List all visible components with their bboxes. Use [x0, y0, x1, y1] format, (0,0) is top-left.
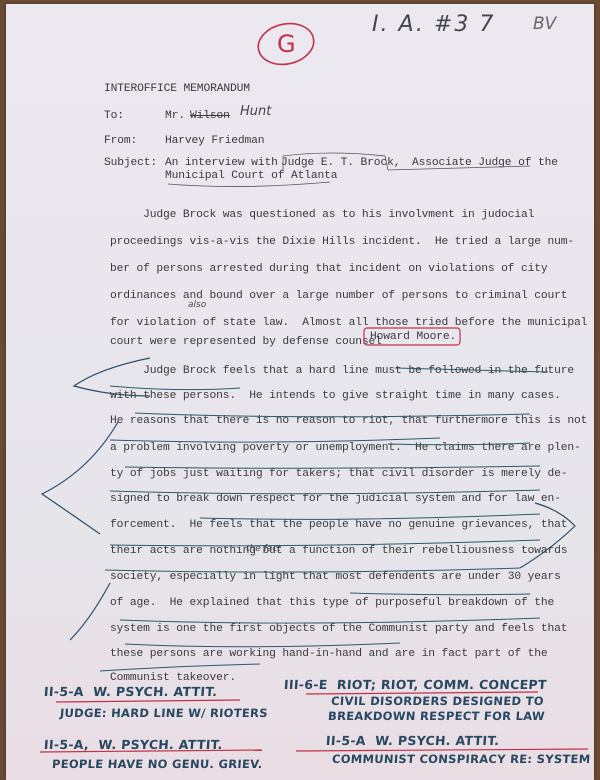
margin-note-2-code: II-5-A, W. PSYCH. ATTIT.: [43, 737, 223, 752]
body-line: Judge Brock feels that a hard line must …: [110, 365, 574, 377]
insertion-the-fact: the fact: [246, 544, 281, 554]
body-line: system is one the first objects of the C…: [110, 623, 567, 635]
file-reference: I. A. #3 7: [372, 12, 495, 37]
subject-line-1-pre: An interview with: [165, 157, 278, 169]
note-category: RIOT; RIOT, COMM. CONCEPT: [336, 677, 547, 692]
to-label: To:: [104, 110, 124, 122]
circled-grade-letter: G: [277, 30, 296, 58]
body-line: ordinances and bound over a large number…: [110, 290, 567, 302]
body-line: of age. He explained that this type of p…: [110, 597, 554, 609]
margin-note-3-text: CIVIL DISORDERS DESIGNED TO BREAKDOWN RE…: [301, 694, 573, 724]
body-line: signed to break down respect for the jud…: [110, 493, 561, 505]
to-struck-name: Wilson: [190, 110, 230, 122]
circled-counsel-name: Howard Moore.: [370, 331, 456, 343]
note-code: II-5-A,: [43, 737, 89, 752]
to-prefix: Mr.: [165, 110, 185, 122]
body-line: Communist takeover.: [110, 672, 236, 684]
note-category: W. PSYCH. ATTIT.: [93, 684, 218, 699]
from-value: Harvey Friedman: [165, 135, 264, 147]
margin-note-1-code: II-5-A W. PSYCH. ATTIT.: [43, 684, 217, 699]
body-line: a problem involving poverty or unemploym…: [110, 442, 581, 454]
note-category: W. PSYCH. ATTIT.: [98, 737, 223, 752]
subject-label: Subject:: [104, 157, 157, 169]
from-label: From:: [104, 135, 137, 147]
insertion-also: also: [188, 300, 206, 310]
body-line: their acts are nothing but a function of…: [110, 545, 567, 557]
body-line: society, especially in light that most d…: [110, 571, 561, 583]
note-category: W. PSYCH. ATTIT.: [375, 733, 500, 748]
to-handwritten-name: Hunt: [240, 104, 271, 119]
margin-note-3-code: III-6-E RIOT; RIOT, COMM. CONCEPT: [283, 677, 547, 692]
margin-note-4-code: II-5-A W. PSYCH. ATTIT.: [325, 733, 499, 748]
subject-line-1-post: Associate Judge of the: [412, 157, 558, 169]
body-line: court were represented by defense counse…: [110, 336, 382, 348]
subject-judge-name: Judge E. T. Brock,: [281, 157, 400, 169]
corner-note: BV: [533, 14, 556, 34]
body-line: for violation of state law. Almost all t…: [110, 317, 587, 329]
margin-note-1-text: JUDGE: HARD LINE W/ RIOTERS: [60, 706, 269, 720]
margin-note-4-text: COMMUNIST CONSPIRACY RE: SYSTEM: [332, 752, 591, 766]
note-code: III-6-E: [283, 677, 328, 692]
body-line: He reasons that there is no reason to ri…: [110, 415, 587, 427]
body-line: ber of persons arrested during that inci…: [110, 263, 548, 275]
body-line: these persons are working hand-in-hand a…: [110, 648, 548, 660]
note-code: II-5-A: [43, 684, 84, 699]
margin-note-2-text: PEOPLE HAVE NO GENU. GRIEV.: [52, 757, 264, 771]
body-line: proceedings vis-a-vis the Dixie Hills in…: [110, 236, 574, 248]
body-line: Judge Brock was questioned as to his inv…: [110, 209, 534, 221]
body-line: with these persons. He intends to give s…: [110, 390, 561, 402]
memo-title: INTEROFFICE MEMORANDUM: [104, 83, 250, 95]
body-line: forcement. He feels that the people have…: [110, 519, 567, 531]
body-line: ty of jobs just waiting for takers; that…: [110, 468, 567, 480]
note-code: II-5-A: [325, 733, 366, 748]
subject-line-2: Municipal Court of Atlanta: [165, 170, 337, 182]
